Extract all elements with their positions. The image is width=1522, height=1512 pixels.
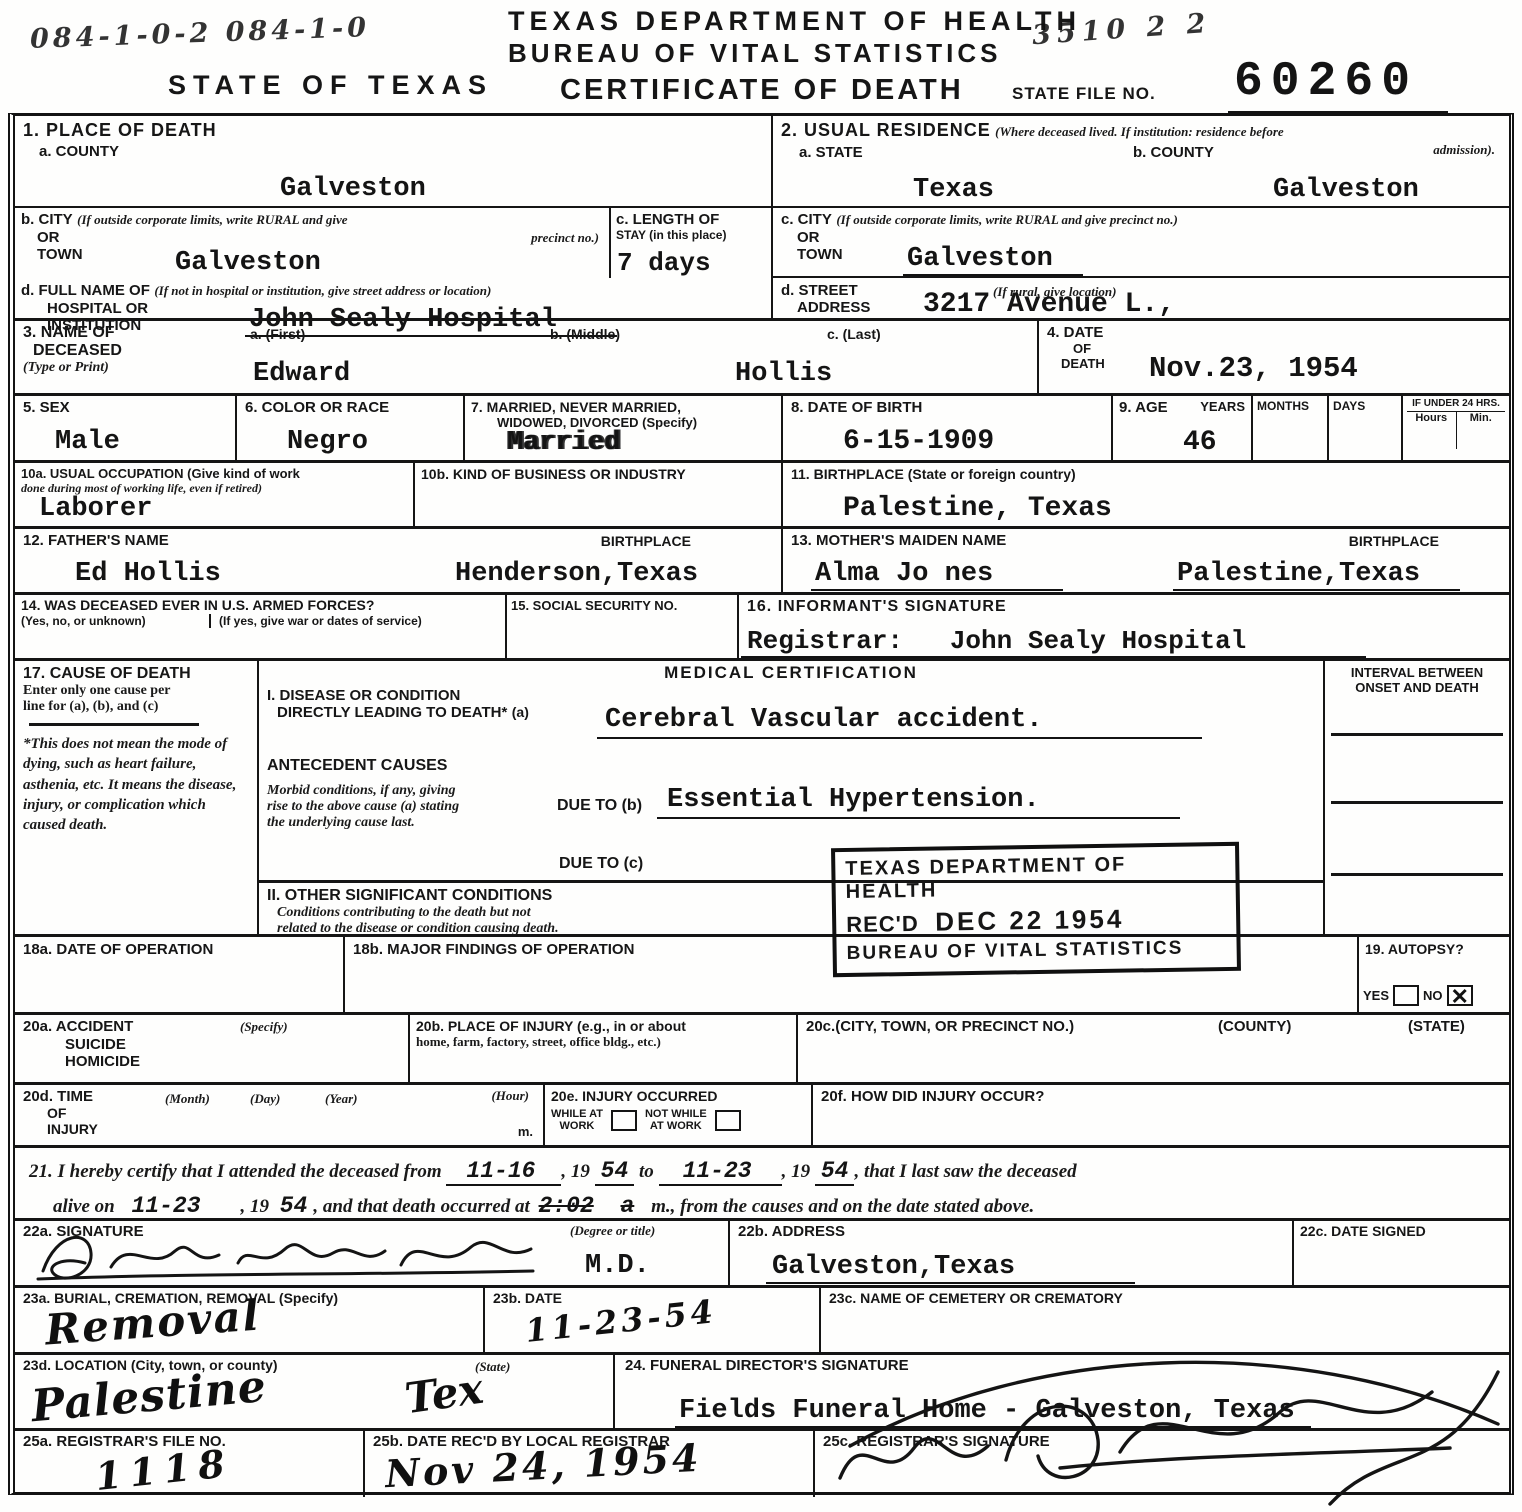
section-business-industry: 10b. KIND OF BUSINESS OR INDUSTRY bbox=[415, 463, 783, 526]
age-under-24-cell: IF UNDER 24 HRS. Hours Min. bbox=[1403, 396, 1509, 460]
disease-condition-label: I. DISEASE OR CONDITION bbox=[267, 687, 1315, 704]
section-how-injury-occurred: 20f. HOW DID INJURY OCCUR? bbox=[813, 1085, 1509, 1145]
address-value: Galveston,Texas bbox=[766, 1252, 1135, 1284]
medical-certification-title: MEDICAL CERTIFICATION bbox=[267, 663, 1315, 683]
section-mothers-name: 13. MOTHER'S MAIDEN NAME BIRTHPLACE Alma… bbox=[783, 529, 1509, 592]
at-work-label: AT WORK bbox=[645, 1120, 707, 1132]
stamp-date: DEC 22 1954 bbox=[935, 904, 1125, 937]
funeral-director-label: 24. FUNERAL DIRECTOR'S SIGNATURE bbox=[625, 1357, 1499, 1374]
occupation-value: Laborer bbox=[39, 494, 152, 524]
section-accident-suicide-homicide: 20a. ACCIDENT (Specify) SUICIDE HOMICIDE bbox=[15, 1015, 410, 1082]
fathers-name-value: Ed Hollis bbox=[75, 559, 221, 589]
funeral-director-value: Fields Funeral Home - Galveston, Texas bbox=[675, 1396, 1311, 1428]
under-24-label: IF UNDER 24 HRS. bbox=[1407, 398, 1505, 409]
section-date-of-birth: 8. DATE OF BIRTH 6-15-1909 bbox=[783, 396, 1113, 460]
while-at-work-checkbox bbox=[611, 1110, 637, 1131]
county-label: a. COUNTY bbox=[39, 143, 763, 160]
while-at-label: WHILE AT bbox=[551, 1108, 603, 1120]
armed-forces-sub2: (If yes, give war or dates of service) bbox=[211, 614, 422, 628]
work-label: WORK bbox=[551, 1120, 603, 1132]
injury-state-label: (STATE) bbox=[1408, 1018, 1465, 1035]
sex-value: Male bbox=[55, 427, 120, 457]
section-injury-location: 20c.(CITY, TOWN, OR PRECINCT NO.) (COUNT… bbox=[798, 1015, 1509, 1082]
age-value: 46 bbox=[1183, 427, 1217, 458]
cause-rule1: Enter only one cause per bbox=[23, 683, 249, 699]
section-registrar-file-no: 25a. REGISTRAR'S FILE NO. 1118 bbox=[15, 1431, 365, 1497]
length-of-stay-label2: STAY (in this place) bbox=[616, 228, 766, 242]
last-name-value: Hollis bbox=[735, 359, 832, 389]
section-date-signed: 22c. DATE SIGNED bbox=[1294, 1221, 1509, 1285]
section-cemetery: 23c. NAME OF CEMETERY OR CREMATORY bbox=[821, 1288, 1509, 1352]
stamp-line1: TEXAS DEPARTMENT OF HEALTH bbox=[845, 852, 1226, 904]
color-race-value: Negro bbox=[287, 427, 368, 457]
interval-label1: INTERVAL BETWEEN bbox=[1329, 665, 1505, 680]
occupation-label: 10a. USUAL OCCUPATION (Give kind of work bbox=[21, 466, 407, 481]
fathers-birthplace-label: BIRTHPLACE bbox=[601, 533, 691, 549]
date-of-operation-label: 18a. DATE OF OPERATION bbox=[23, 941, 335, 958]
fathers-birthplace-value: Henderson,Texas bbox=[455, 559, 698, 589]
suicide-label: SUICIDE bbox=[65, 1036, 400, 1053]
section-date-received: 25b. DATE REC'D BY LOCAL REGISTRAR Nov 2… bbox=[365, 1431, 815, 1497]
section-physician-signature: 22a. SIGNATURE (Degree or title) M.D. bbox=[15, 1221, 730, 1285]
certify-text-2: , 19 bbox=[561, 1161, 590, 1182]
informant-label: 16. INFORMANT'S SIGNATURE bbox=[747, 598, 1501, 616]
residence-state-value: Texas bbox=[913, 175, 994, 205]
header-state-of-texas: STATE OF TEXAS bbox=[168, 70, 493, 101]
section-registrar-signature: 25c. REGISTRAR'S SIGNATURE bbox=[815, 1431, 1509, 1497]
residence-county-value: Galveston bbox=[1273, 175, 1419, 205]
autopsy-yes-label: YES bbox=[1363, 988, 1389, 1003]
dob-label: 8. DATE OF BIRTH bbox=[791, 399, 1103, 416]
age-months-cell: MONTHS bbox=[1253, 396, 1329, 460]
certify-text-6: alive on bbox=[53, 1196, 115, 1217]
day-label: (Day) bbox=[250, 1091, 280, 1107]
cause-of-death-title: 17. CAUSE OF DEATH bbox=[23, 665, 249, 683]
dob-value: 6-15-1909 bbox=[843, 426, 994, 457]
age-days-label: DAYS bbox=[1333, 399, 1397, 413]
time-of-injury-injury: INJURY bbox=[47, 1121, 535, 1137]
section-usual-residence: 2. USUAL RESIDENCE (Where deceased lived… bbox=[773, 116, 1509, 318]
not-while-label: NOT WHILE bbox=[645, 1108, 707, 1120]
mothers-birthplace-label: BIRTHPLACE bbox=[1349, 533, 1439, 549]
cause-b-value: Essential Hypertension. bbox=[657, 785, 1180, 819]
autopsy-no-checkbox bbox=[1447, 985, 1473, 1006]
cause-rule2: line for (a), (b), and (c) bbox=[23, 699, 249, 715]
death-time-meridiem: a bbox=[609, 1193, 647, 1221]
ssn-label: 15. SOCIAL SECURITY NO. bbox=[511, 598, 733, 613]
mothers-name-label: 13. MOTHER'S MAIDEN NAME bbox=[791, 532, 1006, 549]
hospital-note: (If not in hospital or institution, give… bbox=[154, 283, 491, 298]
city-value: Galveston bbox=[175, 248, 321, 278]
min-label: Min. bbox=[1457, 412, 1506, 424]
interval-line-2 bbox=[1331, 801, 1503, 804]
section-fathers-name: 12. FATHER'S NAME BIRTHPLACE Ed Hollis H… bbox=[15, 529, 783, 592]
divider-line bbox=[29, 723, 199, 726]
certify-text-1: 21. I hereby certify that I attended the… bbox=[29, 1161, 442, 1182]
section-age: 9. AGE YEARS 46 bbox=[1113, 396, 1253, 460]
attended-to-year: 54 bbox=[815, 1158, 855, 1186]
injury-occurred-label: 20e. INJURY OCCURRED bbox=[551, 1088, 805, 1104]
cemetery-label: 23c. NAME OF CEMETERY OR CREMATORY bbox=[829, 1290, 1501, 1306]
date-signed-label: 22c. DATE SIGNED bbox=[1300, 1223, 1503, 1239]
section-social-security: 15. SOCIAL SECURITY NO. bbox=[507, 595, 739, 658]
city-or-label: OR bbox=[37, 229, 603, 246]
burial-location-state-value: Tex bbox=[402, 1364, 486, 1423]
residence-city-label: c. CITY bbox=[781, 211, 832, 228]
certify-text-4: , 19 bbox=[782, 1161, 811, 1182]
sex-label: 5. SEX bbox=[23, 399, 227, 416]
date-of-death-label: 4. DATE bbox=[1047, 324, 1501, 341]
antecedent-causes-label: ANTECEDENT CAUSES bbox=[267, 757, 1315, 775]
physician-signature-scribble bbox=[33, 1223, 553, 1285]
address-label: 22b. ADDRESS bbox=[738, 1223, 1284, 1240]
mothers-birthplace-value: Palestine,Texas bbox=[1173, 559, 1460, 591]
first-name-value: Edward bbox=[253, 359, 350, 389]
section-date-of-death: 4. DATE OF DEATH Nov.23, 1954 bbox=[1039, 321, 1509, 393]
usual-residence-title: 2. USUAL RESIDENCE bbox=[781, 120, 991, 140]
time-of-injury-of: OF bbox=[47, 1105, 535, 1121]
name-label3: (Type or Print) bbox=[23, 360, 1029, 376]
state-file-no-value: 60260 bbox=[1228, 55, 1448, 114]
section-occupation: 10a. USUAL OCCUPATION (Give kind of work… bbox=[15, 463, 415, 526]
section-informant: 16. INFORMANT'S SIGNATURE Registrar: Joh… bbox=[739, 595, 1509, 658]
section-name-of-deceased: 3. NAME OF DECEASED (Type or Print) a. (… bbox=[15, 321, 1039, 393]
stamp-line3: BUREAU OF VITAL STATISTICS bbox=[847, 937, 1227, 965]
armed-forces-label: 14. WAS DECEASED EVER IN U.S. ARMED FORC… bbox=[21, 597, 499, 613]
informant-value: Registrar: John Sealy Hospital bbox=[741, 626, 1366, 658]
injury-city-label: 20c.(CITY, TOWN, OR PRECINCT NO.) bbox=[806, 1018, 1074, 1035]
place-of-injury-label: 20b. PLACE OF INJURY (e.g., in or about bbox=[416, 1018, 790, 1034]
autopsy-label: 19. AUTOPSY? bbox=[1365, 941, 1503, 957]
certificate-form: 1. PLACE OF DEATH a. COUNTY Galveston b.… bbox=[8, 113, 1514, 1495]
death-certificate-document: 084-1-0-2 084-1-0 TEXAS DEPARTMENT OF HE… bbox=[0, 0, 1522, 1512]
section-injury-occurred: 20e. INJURY OCCURRED WHILE AT WORK NOT W… bbox=[545, 1085, 813, 1145]
autopsy-yes-checkbox bbox=[1393, 985, 1419, 1006]
section-burial-removal: 23a. BURIAL, CREMATION, REMOVAL (Specify… bbox=[15, 1288, 485, 1352]
city-or-town-label: b. CITY bbox=[21, 211, 73, 228]
meridiem-label: m. bbox=[518, 1124, 533, 1139]
section-sex: 5. SEX Male bbox=[15, 396, 237, 460]
middle-name-label: b. (Middle) bbox=[550, 326, 620, 342]
header-department: TEXAS DEPARTMENT OF HEALTH bbox=[508, 6, 1081, 37]
handwritten-file-numbers-left: 084-1-0-2 084-1-0 bbox=[30, 12, 371, 55]
residence-city-value: Galveston bbox=[903, 244, 1083, 276]
first-name-label: a. (First) bbox=[250, 326, 305, 342]
armed-forces-sub1: (Yes, no, or unknown) bbox=[21, 614, 211, 628]
marital-value: Married bbox=[507, 428, 620, 458]
marital-label: 7. MARRIED, NEVER MARRIED, bbox=[471, 399, 775, 415]
section-burial-location: 23d. LOCATION (City, town, or county) (S… bbox=[15, 1355, 615, 1428]
residence-state-label: a. STATE bbox=[799, 144, 863, 161]
header-bureau: BUREAU OF VITAL STATISTICS bbox=[508, 38, 1002, 69]
city-note2: precinct no.) bbox=[531, 230, 599, 246]
cause-a-value: Cerebral Vascular accident. bbox=[597, 705, 1202, 739]
last-name-label: c. (Last) bbox=[827, 326, 881, 342]
section-burial-date: 23b. DATE 11-23-54 bbox=[485, 1288, 821, 1352]
section-date-of-operation: 18a. DATE OF OPERATION bbox=[15, 937, 345, 1012]
certify-text-7: , 19 bbox=[241, 1196, 270, 1217]
header-certificate-title: CERTIFICATE OF DEATH bbox=[560, 74, 964, 107]
color-race-label: 6. COLOR OR RACE bbox=[245, 399, 455, 416]
section-time-of-injury: 20d. TIME OF INJURY (Month) (Day) (Year)… bbox=[15, 1085, 545, 1145]
age-months-label: MONTHS bbox=[1257, 399, 1323, 413]
degree-value: M.D. bbox=[585, 1251, 650, 1281]
usual-residence-note: (Where deceased lived. If institution: r… bbox=[995, 124, 1283, 139]
interval-column: INTERVAL BETWEEN ONSET AND DEATH bbox=[1325, 661, 1509, 934]
interval-label2: ONSET AND DEATH bbox=[1329, 680, 1505, 695]
section-place-of-injury: 20b. PLACE OF INJURY (e.g., in or about … bbox=[410, 1015, 798, 1082]
last-seen-date: 11-23 bbox=[120, 1193, 241, 1221]
stamp-recd: REC'D bbox=[846, 911, 919, 937]
month-label: (Month) bbox=[165, 1091, 210, 1107]
business-label: 10b. KIND OF BUSINESS OR INDUSTRY bbox=[421, 466, 775, 482]
injury-county-label: (COUNTY) bbox=[1218, 1018, 1291, 1035]
county-value: Galveston bbox=[280, 174, 426, 204]
certify-text-9: m., from the causes and on the date stat… bbox=[651, 1196, 1034, 1217]
due-to-c-tag: DUE TO (c) bbox=[559, 855, 643, 873]
hours-label: Hours bbox=[1407, 412, 1456, 424]
certify-text-8: , and that death occurred at bbox=[313, 1196, 529, 1217]
age-years-label: YEARS bbox=[1200, 399, 1245, 414]
date-of-death-value: Nov.23, 1954 bbox=[1149, 352, 1358, 385]
state-file-no-label: STATE FILE NO. bbox=[1012, 84, 1156, 104]
section-certification-statement: 21. I hereby certify that I attended the… bbox=[15, 1148, 1509, 1221]
attended-from-year: 54 bbox=[595, 1158, 635, 1186]
place-of-injury-label2: home, farm, factory, street, office bldg… bbox=[416, 1034, 790, 1050]
age-label: 9. AGE bbox=[1119, 399, 1168, 416]
interval-line-3 bbox=[1331, 873, 1503, 876]
age-days-cell: DAYS bbox=[1329, 396, 1403, 460]
birthplace-label: 11. BIRTHPLACE (State or foreign country… bbox=[791, 466, 1501, 482]
place-of-death-title: 1. PLACE OF DEATH bbox=[23, 120, 763, 141]
certify-text-5: , that I last saw the deceased bbox=[854, 1161, 1076, 1182]
how-injury-label: 20f. HOW DID INJURY OCCUR? bbox=[821, 1088, 1501, 1105]
name-label2: DECEASED bbox=[33, 342, 1029, 360]
section-color-or-race: 6. COLOR OR RACE Negro bbox=[237, 396, 465, 460]
not-while-at-work-checkbox bbox=[715, 1110, 741, 1131]
section-place-of-death: 1. PLACE OF DEATH a. COUNTY Galveston b.… bbox=[15, 116, 773, 318]
cause-of-death-sidebar: 17. CAUSE OF DEATH Enter only one cause … bbox=[15, 661, 259, 934]
birthplace-value: Palestine, Texas bbox=[843, 493, 1112, 524]
interval-line-1 bbox=[1331, 733, 1503, 736]
city-note: (If outside corporate limits, write RURA… bbox=[77, 212, 347, 227]
section-armed-forces: 14. WAS DECEASED EVER IN U.S. ARMED FORC… bbox=[15, 595, 507, 658]
registrar-signature-label: 25c. REGISTRAR'S SIGNATURE bbox=[823, 1433, 1501, 1450]
attended-to-date: 11-23 bbox=[659, 1158, 782, 1186]
length-of-stay-value: 7 days bbox=[617, 248, 711, 278]
disease-condition-label2: DIRECTLY LEADING TO DEATH* bbox=[277, 704, 507, 721]
received-stamp: TEXAS DEPARTMENT OF HEALTH REC'D DEC 22 … bbox=[831, 842, 1241, 977]
last-seen-year: 54 bbox=[274, 1193, 314, 1221]
attended-from-date: 11-16 bbox=[446, 1158, 561, 1186]
street-address-value: 3217 Avenue L., bbox=[923, 289, 1175, 320]
residence-city-note: (If outside corporate limits, write RURA… bbox=[836, 212, 1178, 227]
year-label: (Year) bbox=[325, 1091, 358, 1107]
due-to-b-tag: DUE TO (b) bbox=[557, 797, 642, 815]
residence-county-label: b. COUNTY bbox=[1133, 144, 1214, 161]
section-physician-address: 22b. ADDRESS Galveston,Texas bbox=[730, 1221, 1294, 1285]
certify-text-3: to bbox=[639, 1161, 654, 1182]
mothers-name-value: Alma Jo nes bbox=[811, 559, 1063, 591]
accident-specify: (Specify) bbox=[240, 1019, 288, 1035]
length-of-stay-label: c. LENGTH OF bbox=[616, 211, 766, 228]
hour-label: (Hour) bbox=[491, 1088, 529, 1104]
autopsy-no-label: NO bbox=[1423, 988, 1443, 1003]
fathers-name-label: 12. FATHER'S NAME bbox=[23, 532, 169, 549]
section-funeral-director: 24. FUNERAL DIRECTOR'S SIGNATURE Fields … bbox=[615, 1355, 1509, 1428]
section-autopsy: 19. AUTOPSY? YES NO bbox=[1359, 937, 1509, 1012]
homicide-label: HOMICIDE bbox=[65, 1053, 400, 1070]
cause-a-tag: (a) bbox=[512, 704, 529, 720]
death-time-value: 2:02 bbox=[535, 1193, 604, 1221]
hospital-label: d. FULL NAME OF bbox=[21, 282, 150, 299]
accident-label: 20a. ACCIDENT bbox=[23, 1018, 133, 1035]
degree-title-label: (Degree or title) bbox=[570, 1223, 655, 1239]
cause-footnote: *This does not mean the mode of dying, s… bbox=[23, 734, 249, 835]
section-birthplace: 11. BIRTHPLACE (State or foreign country… bbox=[783, 463, 1509, 526]
usual-residence-note2: admission). bbox=[1433, 142, 1495, 158]
section-marital-status: 7. MARRIED, NEVER MARRIED, WIDOWED, DIVO… bbox=[465, 396, 783, 460]
